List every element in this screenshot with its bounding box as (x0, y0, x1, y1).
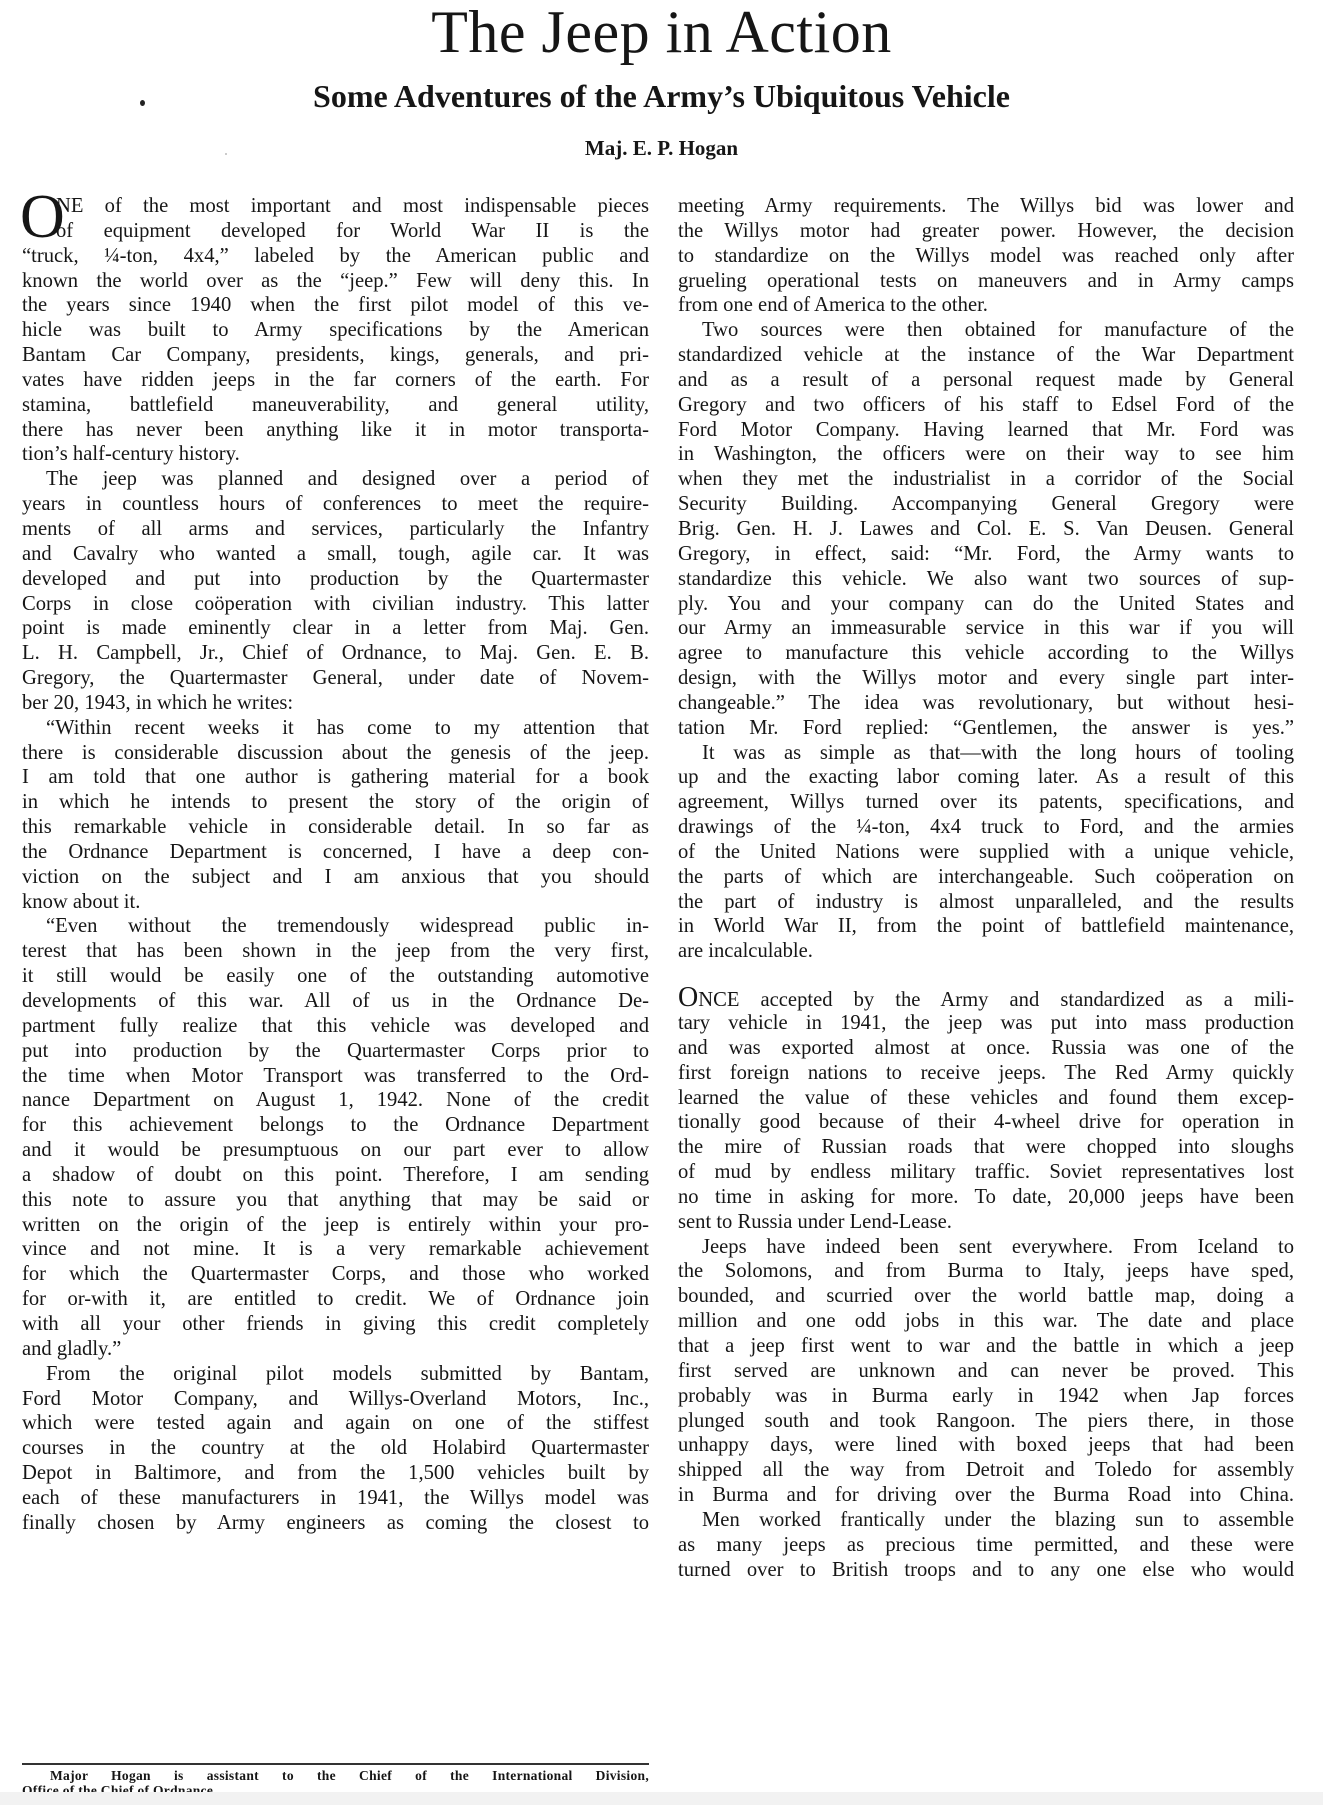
text-line: to standardize on the Willys model was r… (678, 244, 1294, 269)
text-line: the part of industry is almost unparalle… (678, 890, 1294, 915)
text-line: that a jeep first went to war and the ba… (678, 1334, 1294, 1359)
text-line: standardized vehicle at the instance of … (678, 343, 1294, 368)
first-paragraph: O NE of the most important and most indi… (22, 194, 649, 244)
text-line: Bantam Car Company, presidents, kings, g… (22, 343, 649, 368)
section-lead-line: ONCE accepted by the Army and standardiz… (678, 986, 1294, 1011)
text-line: known the world over as the “jeep.” Few … (22, 269, 649, 294)
text-line: when they met the industrialist in a cor… (678, 467, 1294, 492)
text-line: changeable.” The idea was revolutionary,… (678, 691, 1294, 716)
text-line: turned over to British troops and to any… (678, 1558, 1294, 1583)
section-break (678, 964, 1294, 986)
text-line: million and one odd jobs in this war. Th… (678, 1309, 1294, 1334)
section-lead-rest: accepted by the Army and standardized as… (739, 989, 1294, 1011)
text-line: tionally good because of their 4-wheel d… (678, 1110, 1294, 1135)
text-line: in Burma and for driving over the Burma … (678, 1483, 1294, 1508)
text-line: written on the origin of the jeep is ent… (22, 1213, 649, 1238)
text-line: there has never been anything like it in… (22, 418, 649, 443)
text-line: L. H. Campbell, Jr., Chief of Ordnance, … (22, 641, 649, 666)
text-line: the parts of which are interchangeable. … (678, 865, 1294, 890)
text-line: Two sources were then obtained for manuf… (678, 318, 1294, 343)
text-line: and was exported almost at once. Russia … (678, 1036, 1294, 1061)
text-line: meeting Army requirements. The Willys bi… (678, 194, 1294, 219)
text-line: of equipment developed for World War II … (22, 219, 649, 244)
text-line: partment fully realize that this vehicle… (22, 1014, 649, 1039)
text-line: developed and put into production by the… (22, 567, 649, 592)
text-line: and gladly.” (22, 1337, 649, 1362)
text-line: design, with the Willys motor and every … (678, 666, 1294, 691)
text-line: Security Building. Accompanying General … (678, 492, 1294, 517)
text-line: no time in asking for more. To date, 20,… (678, 1185, 1294, 1210)
text-line: first served are unknown and can never b… (678, 1359, 1294, 1384)
text-line: point is made eminently clear in a lette… (22, 616, 649, 641)
text-line: and Cavalry who wanted a small, tough, a… (22, 542, 649, 567)
left-column: O NE of the most important and most indi… (22, 194, 649, 1536)
text-line: the Ordnance Department is concerned, I … (22, 840, 649, 865)
text-line: know about it. (22, 890, 649, 915)
text-line: are incalculable. (678, 939, 1294, 964)
text-line: courses in the country at the old Holabi… (22, 1436, 649, 1461)
text-line: learned the value of these vehicles and … (678, 1086, 1294, 1111)
text-line: vince and not mine. It is a very remarka… (22, 1237, 649, 1262)
text-line: shipped all the way from Detroit and Tol… (678, 1458, 1294, 1483)
text-line: Men worked frantically under the blazing… (678, 1508, 1294, 1533)
text-line: ber 20, 1943, in which he writes: (22, 691, 649, 716)
text-line: there is considerable discussion about t… (22, 741, 649, 766)
text-line: viction on the subject and I am anxious … (22, 865, 649, 890)
text-line: the years since 1940 when the first pilo… (22, 293, 649, 318)
text-line: Corps in close coöperation with civilian… (22, 592, 649, 617)
text-line: drawings of the ¼-ton, 4x4 truck to Ford… (678, 815, 1294, 840)
text-line: this remarkable vehicle in considerable … (22, 815, 649, 840)
text-line: plunged south and took Rangoon. The pier… (678, 1409, 1294, 1434)
text-line: stamina, battlefield maneuverability, an… (22, 393, 649, 418)
text-line: years in countless hours of conferences … (22, 492, 649, 517)
text-line: in Washington, the officers were on thei… (678, 442, 1294, 467)
text-line: each of these manufacturers in 1941, the… (22, 1486, 649, 1511)
text-line: hicle was built to Army specifications b… (22, 318, 649, 343)
text-line: for or-with it, are entitled to credit. … (22, 1287, 649, 1312)
text-line: which were tested again and again on one… (22, 1411, 649, 1436)
text-line: the mire of Russian roads that were chop… (678, 1135, 1294, 1160)
text-line: our Army an immeasurable service in this… (678, 616, 1294, 641)
section-lead-initial: O (678, 982, 698, 1013)
text-line: tation Mr. Ford replied: “Gentlemen, the… (678, 716, 1294, 741)
text-line: Gregory and two officers of his staff to… (678, 393, 1294, 418)
text-line: agreement, Willys turned over its patent… (678, 790, 1294, 815)
text-line: Brig. Gen. H. J. Lawes and Col. E. S. Va… (678, 517, 1294, 542)
text-line: of mud by endless military traffic. Sovi… (678, 1160, 1294, 1185)
text-line: developments of this war. All of us in t… (22, 989, 649, 1014)
scan-speck (225, 153, 227, 155)
text-line: unhappy days, were lined with boxed jeep… (678, 1433, 1294, 1458)
text-line: Ford Motor Company, and Willys-Overland … (22, 1387, 649, 1412)
text-line: It was as simple as that—with the long h… (678, 741, 1294, 766)
text-line: terest that has been shown in the jeep f… (22, 939, 649, 964)
text-line: agree to manufacture this vehicle accord… (678, 641, 1294, 666)
text-line: sent to Russia under Lend-Lease. (678, 1210, 1294, 1235)
section-lead-smallcaps: NCE (698, 989, 739, 1011)
text-line: Jeeps have indeed been sent everywhere. … (678, 1235, 1294, 1260)
text-line: Depot in Baltimore, and from the 1,500 v… (22, 1461, 649, 1486)
text-line: tion’s half-century history. (22, 442, 649, 467)
text-line: the Solomons, and from Burma to Italy, j… (678, 1259, 1294, 1284)
text-line: and as a result of a personal request ma… (678, 368, 1294, 393)
text-line: Gregory, in effect, said: “Mr. Ford, the… (678, 542, 1294, 567)
text-line: as many jeeps as precious time permitted… (678, 1533, 1294, 1558)
drop-cap: O (20, 189, 65, 245)
text-line: it still would be easily one of the outs… (22, 964, 649, 989)
text-line: From the original pilot models submitted… (22, 1362, 649, 1387)
text-line: ply. You and your company can do the Uni… (678, 592, 1294, 617)
text-line: standardize this vehicle. We also want t… (678, 567, 1294, 592)
text-line: from one end of America to the other. (678, 293, 1294, 318)
text-line: probably was in Burma early in 1942 when… (678, 1384, 1294, 1409)
text-line: ments of all arms and services, particul… (22, 517, 649, 542)
right-column: meeting Army requirements. The Willys bi… (678, 194, 1294, 1582)
text-line: “Within recent weeks it has come to my a… (22, 716, 649, 741)
text-line: grueling operational tests on maneuvers … (678, 269, 1294, 294)
text-line: the Willys motor had greater power. Howe… (678, 219, 1294, 244)
text-line: in which he intends to present the story… (22, 790, 649, 815)
text-line: Gregory, the Quartermaster General, unde… (22, 666, 649, 691)
text-line: put into production by the Quartermaster… (22, 1039, 649, 1064)
text-line: for this achievement belongs to the Ordn… (22, 1113, 649, 1138)
text-line: NE of the most important and most indisp… (22, 194, 649, 219)
text-line: this note to assure you that anything th… (22, 1188, 649, 1213)
footnote-divider (22, 1763, 649, 1765)
article-title: The Jeep in Action (0, 0, 1323, 64)
text-line: of the United Nations were supplied with… (678, 840, 1294, 865)
text-line: a shadow of doubt on this point. Therefo… (22, 1163, 649, 1188)
scan-bottom-edge (0, 1792, 1323, 1805)
text-line: nance Department on August 1, 1942. None… (22, 1088, 649, 1113)
text-line: in World War II, from the point of battl… (678, 914, 1294, 939)
text-line: and it would be presumptuous on our part… (22, 1138, 649, 1163)
text-line: I am told that one author is gathering m… (22, 765, 649, 790)
article-subtitle: Some Adventures of the Army’s Ubiquitous… (0, 76, 1323, 116)
text-line: tary vehicle in 1941, the jeep was put i… (678, 1011, 1294, 1036)
article-byline: Maj. E. P. Hogan (0, 133, 1323, 163)
text-line: finally chosen by Army engineers as comi… (22, 1511, 649, 1536)
text-line: the time when Motor Transport was transf… (22, 1064, 649, 1089)
text-line: for which the Quartermaster Corps, and t… (22, 1262, 649, 1287)
text-line: first foreign nations to receive jeeps. … (678, 1061, 1294, 1086)
text-line: Ford Motor Company. Having learned that … (678, 418, 1294, 443)
text-line: vates have ridden jeeps in the far corne… (22, 368, 649, 393)
text-line: up and the exacting labor coming later. … (678, 765, 1294, 790)
text-line: with all your other friends in giving th… (22, 1312, 649, 1337)
text-line: “Even without the tremendously widesprea… (22, 914, 649, 939)
text-line: The jeep was planned and designed over a… (22, 467, 649, 492)
text-line: “truck, ¼-ton, 4x4,” labeled by the Amer… (22, 244, 649, 269)
text-line: bounded, and scurried over the world bat… (678, 1284, 1294, 1309)
footnote-line: Major Hogan is assistant to the Chief of… (22, 1768, 649, 1783)
